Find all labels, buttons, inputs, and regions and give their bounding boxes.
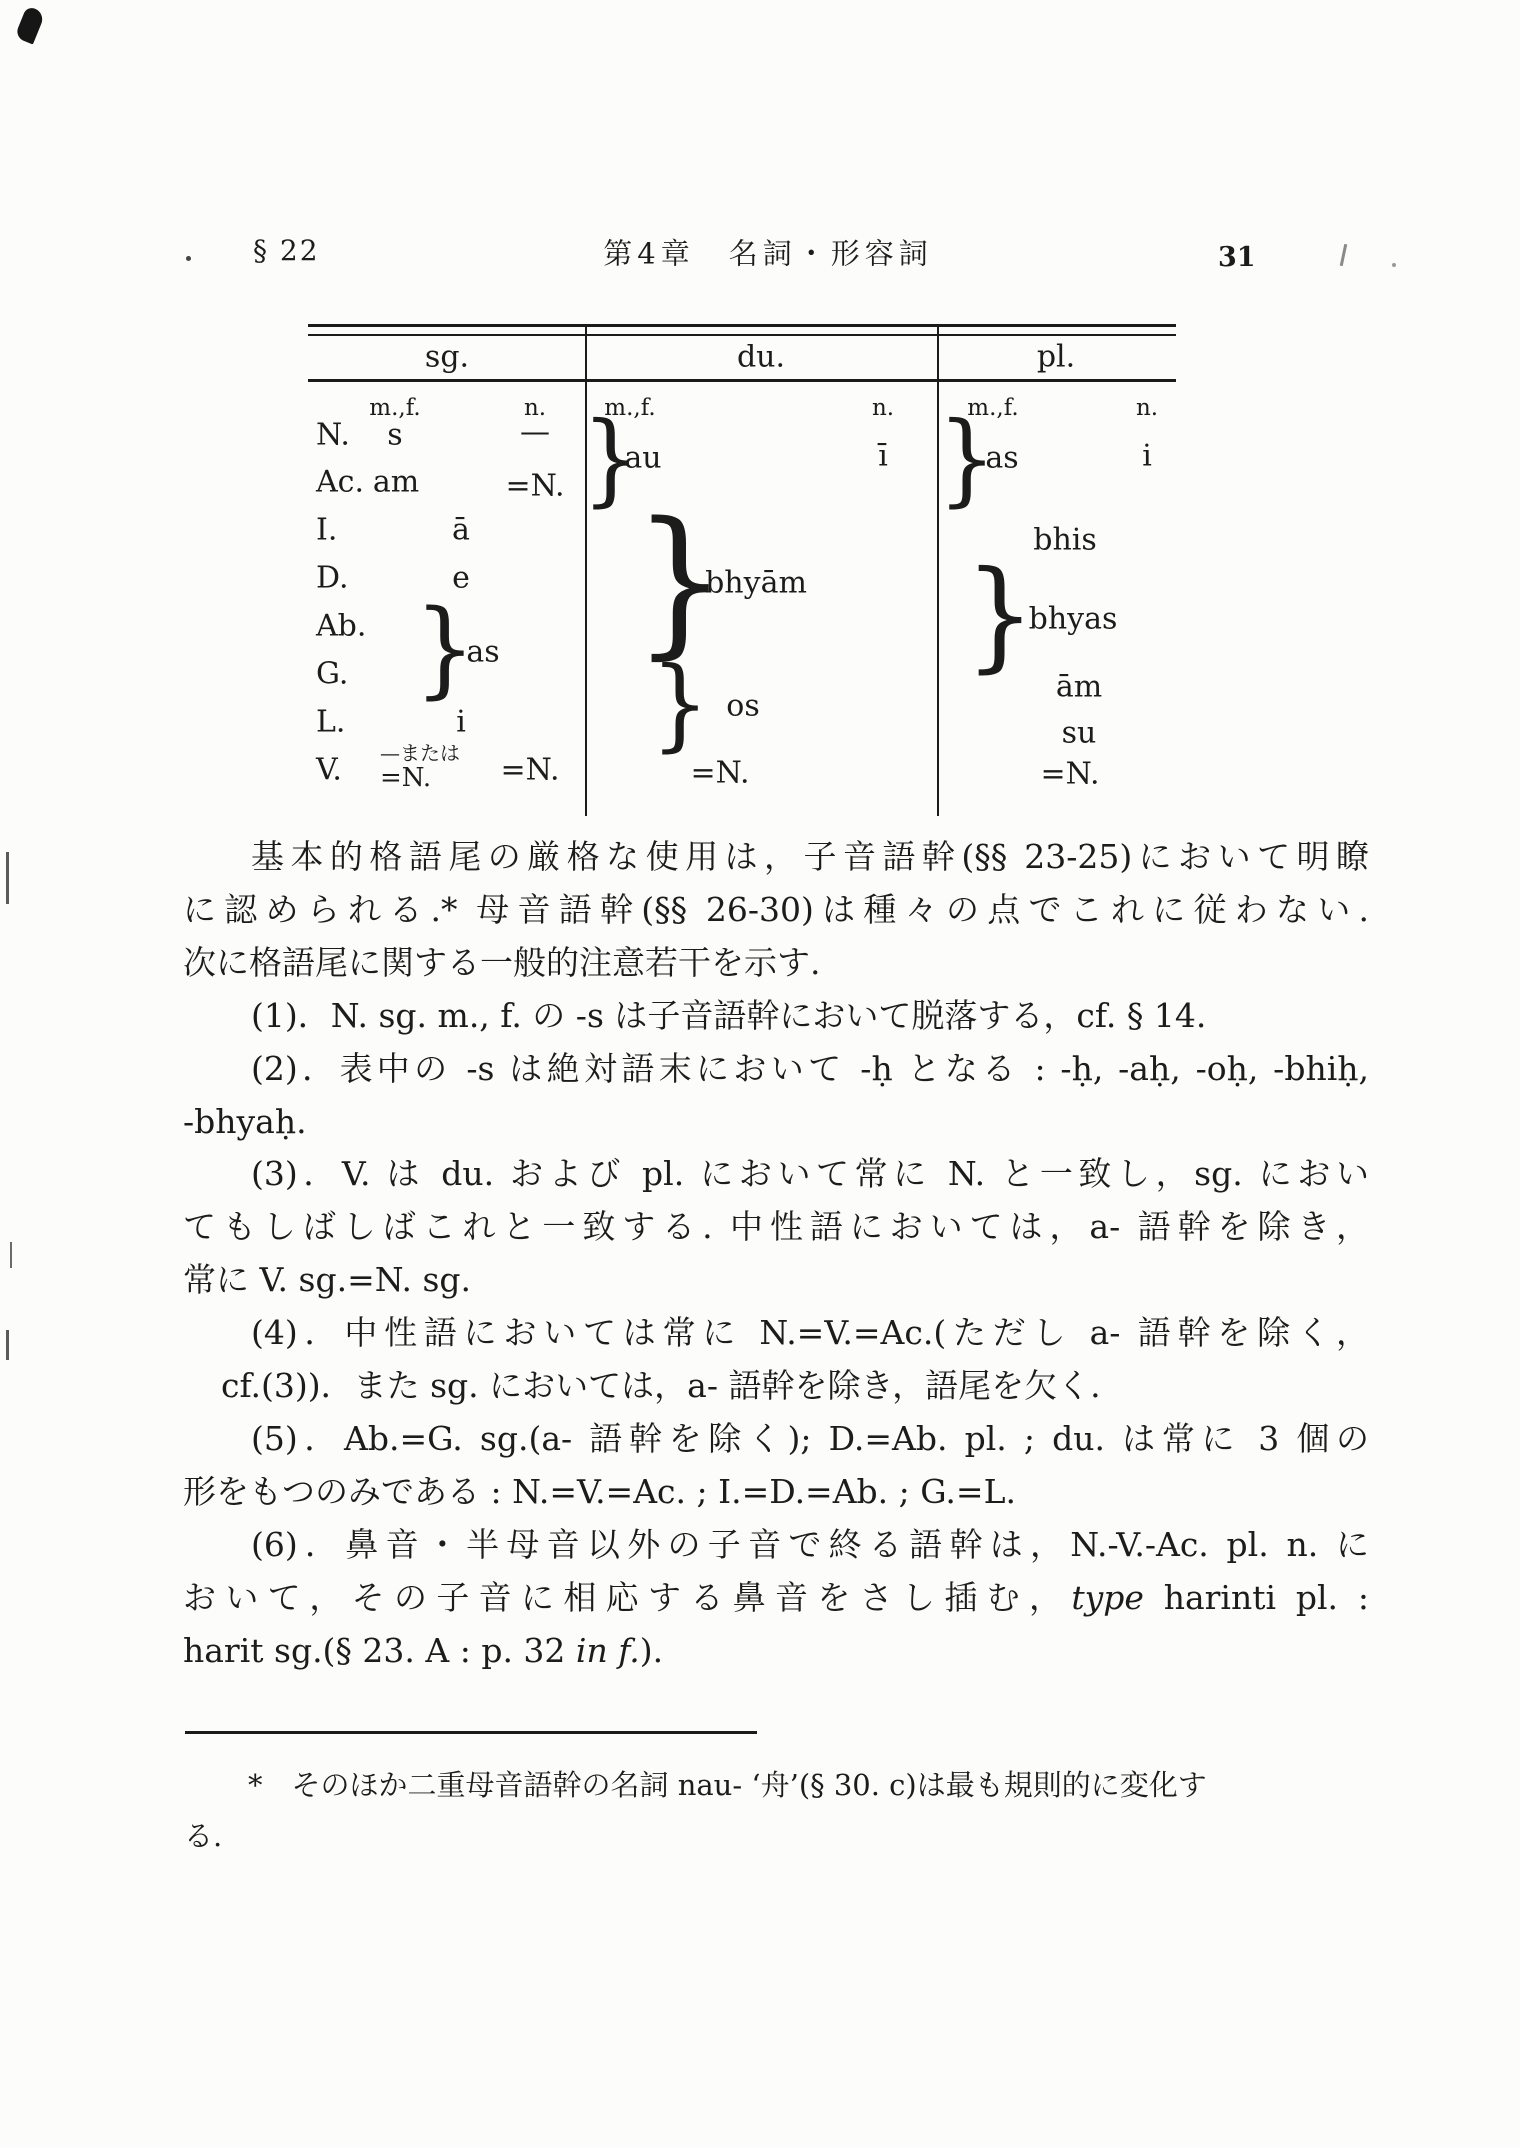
body-line-italic-segment: type: [1071, 1578, 1144, 1617]
chapter-title: 第4章 名詞・形容詞: [603, 232, 932, 273]
col-header-sg: sg.: [425, 340, 469, 375]
sg-ac-n-value: =N.: [505, 469, 564, 504]
body-line-item-3: (3)．V. は du. および pl. において常に N. と一致し，sg. …: [183, 1148, 1369, 1201]
pl-d-ab-value: bhyas: [1029, 602, 1118, 637]
scan-artifact: [14, 5, 45, 44]
du-g-l-brace: }: [651, 654, 710, 754]
row-label-dative: D.: [316, 561, 349, 596]
sg-l-value: i: [456, 705, 466, 740]
page-number: 31: [1218, 242, 1256, 273]
scan-artifact: [6, 1330, 9, 1360]
table-top-rule: [308, 324, 1176, 327]
body-line: 基本的格語尾の厳格な使用は，子音語幹(§§ 23-25)において明瞭: [183, 831, 1369, 884]
sg-ac-mf-value: am: [373, 465, 419, 500]
pl-n-ac-n-value: i: [1142, 439, 1152, 474]
body-line: harit sg.(§ 23. A : p. 32 in f.).: [183, 1625, 1369, 1678]
body-line-italic-segment: in f.: [576, 1631, 640, 1670]
body-line: おいて，その子音に相応する鼻音をさし插む，type harinti pl. :: [183, 1572, 1369, 1625]
footnote-line: * そのほか二重母音語幹の名詞 nau- ‘舟’(§ 30. c)は最も規則的に…: [184, 1760, 1376, 1811]
body-line: cf.(3))．また sg. においては，a- 語幹を除き，語尾を欠く.: [183, 1360, 1369, 1413]
sg-v-n-value: =N.: [500, 753, 559, 788]
body-line-segment: harinti pl. :: [1144, 1578, 1369, 1617]
col-header-du: du.: [737, 340, 785, 375]
row-label-ablative: Ab.: [316, 609, 366, 644]
sg-v-mf-alternative-2: =N.: [380, 764, 460, 793]
body-line-item-2: (2)．表中の -s は絶対語末において -ḥ となる : -ḥ, -aḥ, -…: [183, 1043, 1369, 1096]
body-line-item-5: (5)．Ab.=G. sg.(a- 語幹を除く); D.=Ab. pl. ; d…: [183, 1413, 1369, 1466]
table-vertical-rule-2: [937, 324, 939, 816]
row-label-genitive: G.: [316, 657, 348, 692]
pl-d-ab-brace: }: [965, 556, 1035, 676]
sg-ab-g-value: as: [466, 635, 499, 670]
row-label-accusative: Ac.: [316, 465, 364, 500]
body-line: -bhyaḥ.: [183, 1096, 1369, 1149]
body-line-item-4: (4)．中性語においては常に N.=V.=Ac.(ただし a- 語幹を除く，: [183, 1307, 1369, 1360]
body-text: 基本的格語尾の厳格な使用は，子音語幹(§§ 23-25)において明瞭 に認められ…: [183, 831, 1369, 1678]
pl-n-ac-mf-value: as: [985, 441, 1018, 476]
du-n-ac-mf-value: au: [624, 441, 661, 476]
body-line-segment: ).: [640, 1631, 663, 1670]
declension-table: sg. du. pl. m.,f. n. m.,f. n. m.,f. n. N…: [308, 318, 1176, 818]
table-header-rule: [308, 379, 1176, 382]
footnote-line: る.: [184, 1811, 1376, 1862]
scan-artifact: [1340, 244, 1348, 266]
body-line-item-6: (6)．鼻音・半母音以外の子音で終る語幹は，N.-V.-Ac. pl. n. に: [183, 1519, 1369, 1572]
scan-artifact: [186, 256, 191, 261]
body-line-item-1: (1)．N. sg. m., f. の -s は子音語幹において脱落する，cf.…: [183, 990, 1369, 1043]
sg-n-mf-value: s: [387, 418, 402, 453]
row-label-vocative: V.: [316, 753, 342, 788]
scan-artifact: [6, 852, 9, 904]
table-vertical-rule-1: [585, 324, 587, 816]
row-label-nominative: N.: [316, 418, 350, 453]
body-line-segment: harit sg.(§ 23. A : p. 32: [183, 1631, 576, 1670]
scanned-book-page: § 22 第4章 名詞・形容詞 31 sg. du. pl. m.,f. n. …: [0, 0, 1520, 2148]
du-v-value: =N.: [690, 756, 749, 791]
pl-i-value: bhis: [1033, 523, 1097, 558]
gender-header-n: n.: [1136, 395, 1158, 421]
du-g-l-value: os: [726, 689, 759, 724]
pl-g-value: ām: [1056, 670, 1102, 705]
sg-i-value: ā: [452, 513, 470, 548]
scan-artifact: [10, 1242, 12, 1268]
pl-v-value: =N.: [1040, 757, 1099, 792]
gender-header-n: n.: [872, 395, 894, 421]
footnote: * そのほか二重母音語幹の名詞 nau- ‘舟’(§ 30. c)は最も規則的に…: [184, 1760, 1376, 1862]
body-line: 次に格語尾に関する一般的注意若干を示す.: [183, 937, 1369, 990]
sg-v-mf-alternative-1: —または: [380, 742, 460, 764]
scan-artifact: [1392, 263, 1396, 267]
body-line: 常に V. sg.=N. sg.: [183, 1254, 1369, 1307]
body-line: てもしばしばこれと一致する. 中性語においては，a- 語幹を除き，: [183, 1201, 1369, 1254]
body-line-segment: おいて，その子音に相応する鼻音をさし插む，: [183, 1578, 1071, 1617]
section-number: § 22: [253, 234, 320, 267]
col-header-pl: pl.: [1037, 340, 1075, 375]
footnote-rule: [185, 1731, 757, 1734]
sg-v-mf-value: —または =N.: [380, 742, 460, 793]
du-n-ac-n-value: ī: [878, 439, 888, 474]
body-line: に認められる.* 母音語幹(§§ 26-30)は種々の点でこれに従わない.: [183, 884, 1369, 937]
du-i-d-ab-value: bhyām: [705, 566, 807, 601]
body-line: 形をもつのみである : N.=V.=Ac. ; I.=D.=Ab. ; G.=L…: [183, 1466, 1369, 1519]
table-top-rule-2: [308, 334, 1176, 336]
row-label-instrumental: I.: [316, 513, 337, 548]
pl-l-value: su: [1062, 716, 1097, 751]
sg-n-n-value: —: [520, 415, 550, 450]
row-label-locative: L.: [316, 705, 345, 740]
